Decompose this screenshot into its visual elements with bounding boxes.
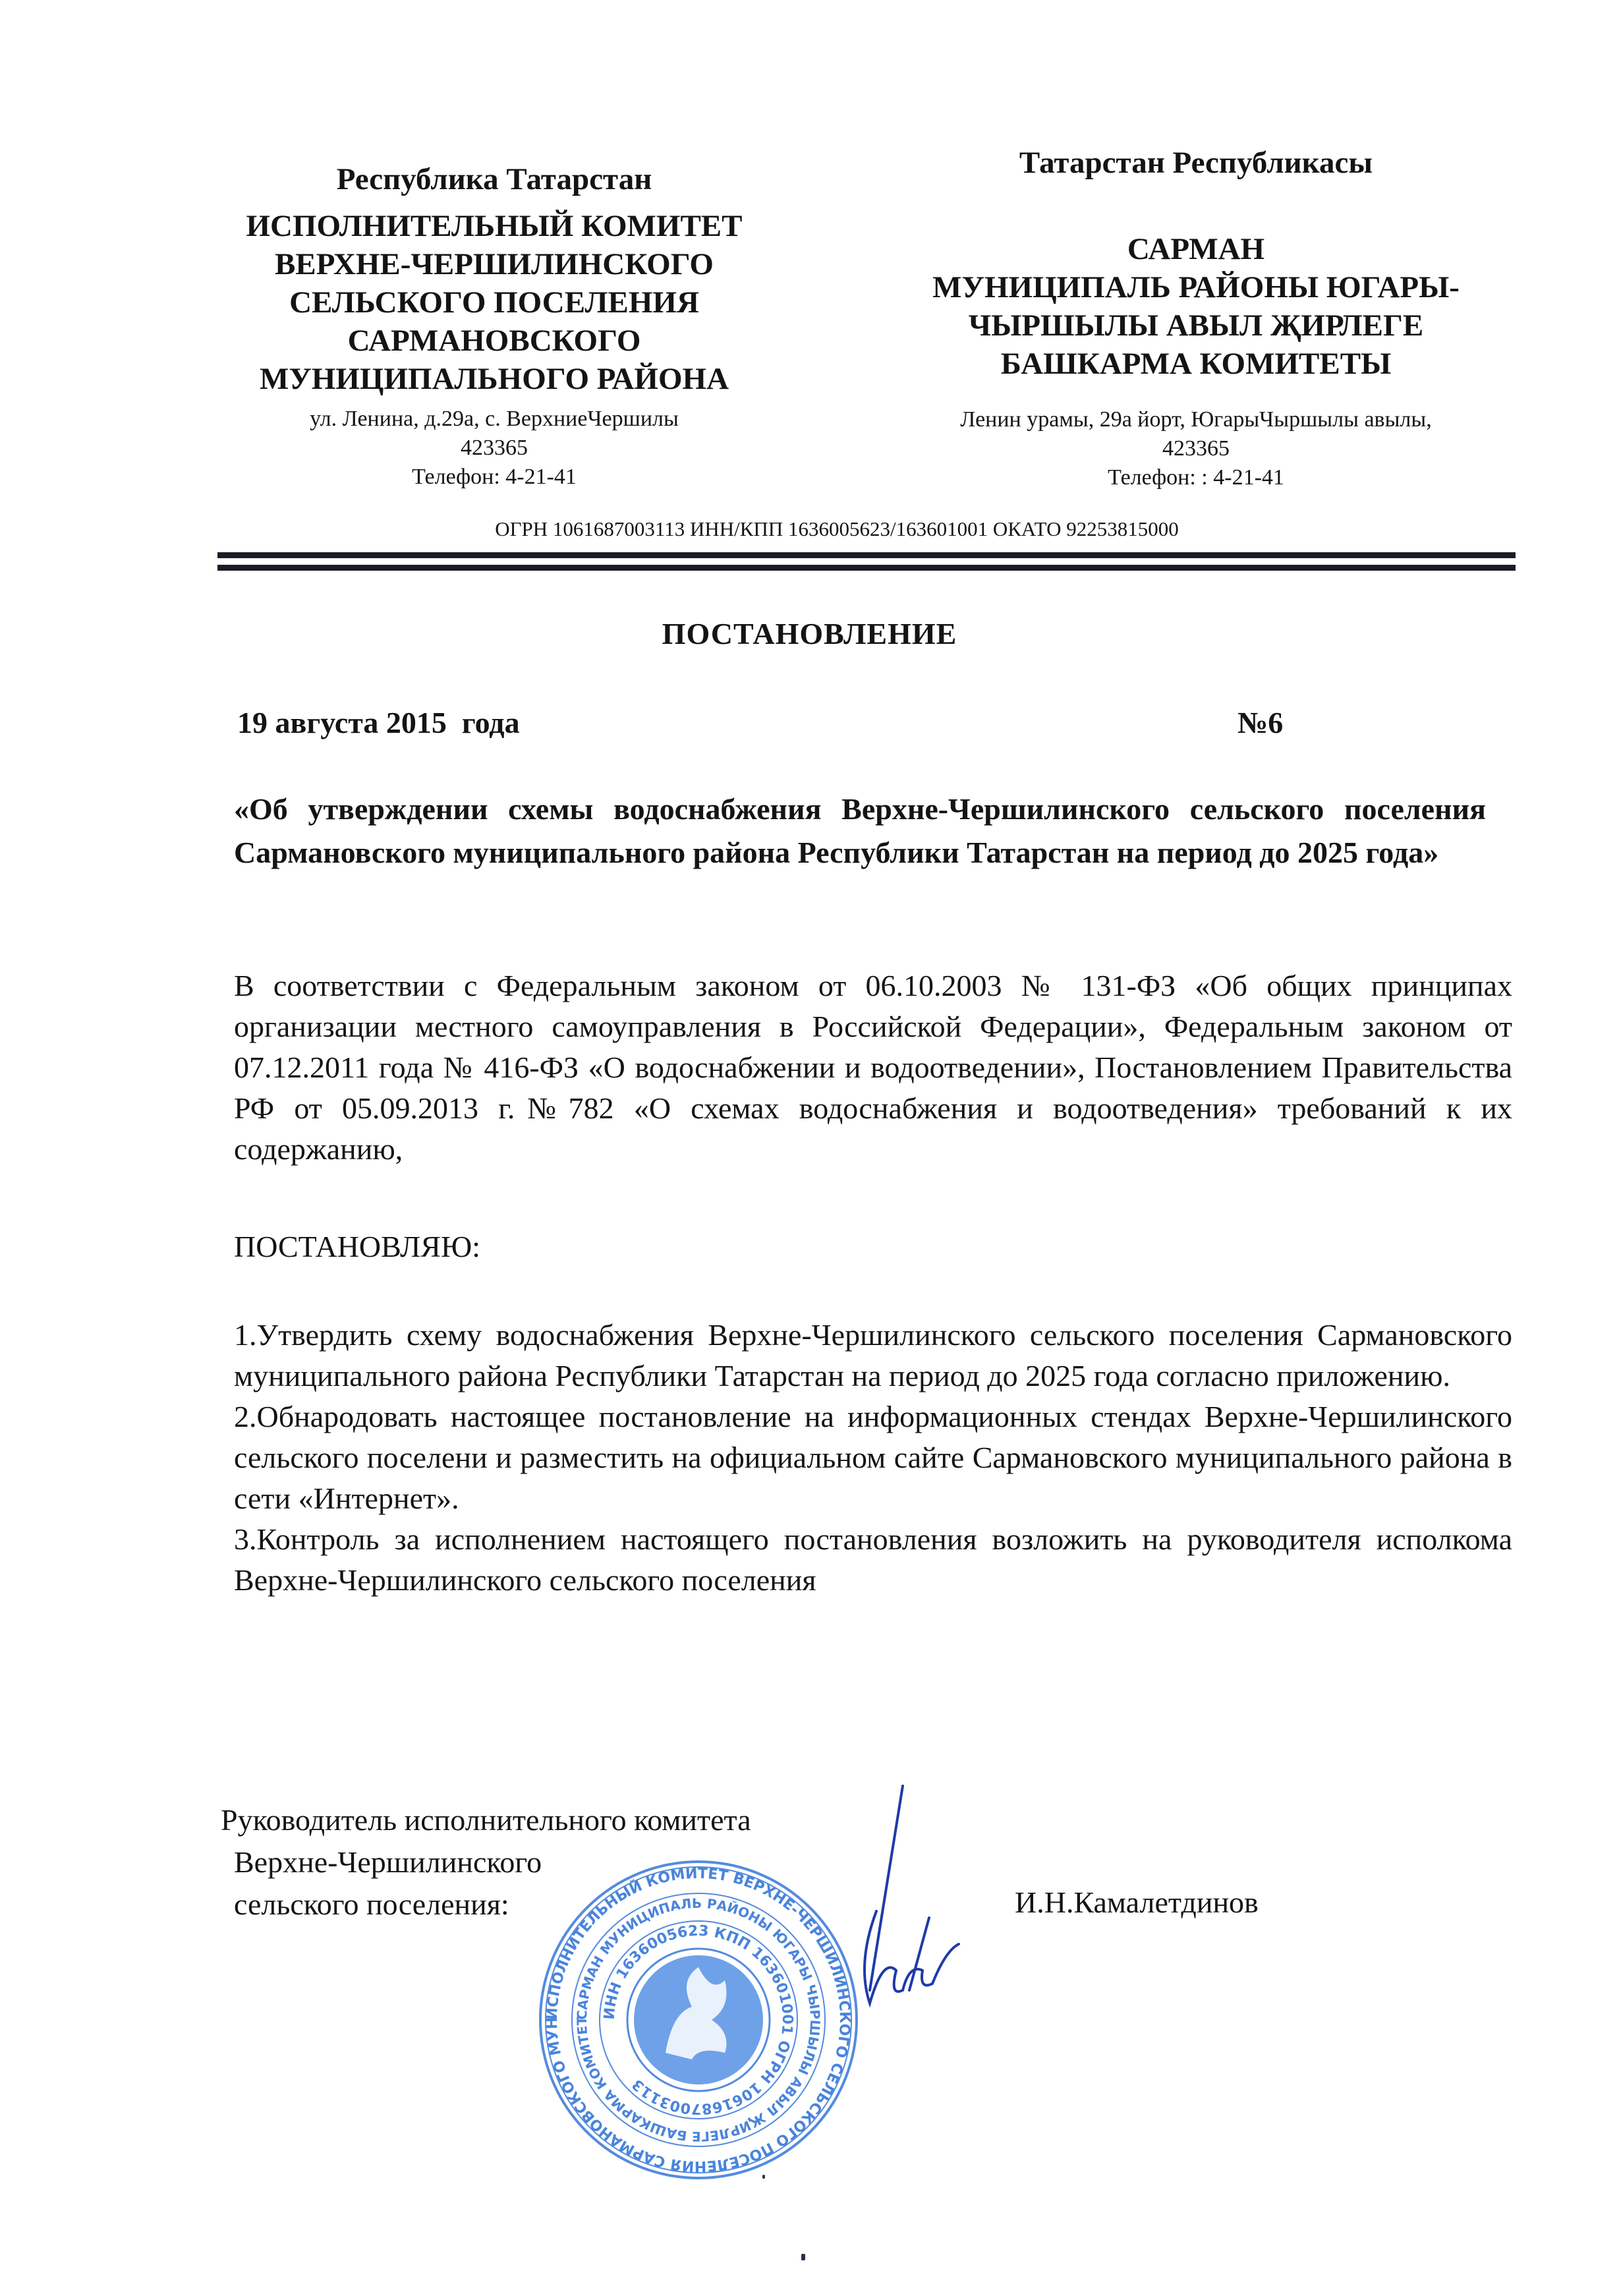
org-line: СЕЛЬСКОГО ПОСЕЛЕНИЯ [165,283,824,322]
org-line: ВЕРХНЕ-ЧЕРШИЛИНСКОГО [165,245,824,283]
phone: Телефон: : 4-21-41 [863,463,1529,492]
preamble-text: В соответствии с Федеральным законом от … [234,965,1512,1170]
document-subject: «Об утверждении схемы водоснабжения Верх… [234,788,1486,875]
address-tt: Ленин урамы, 29а йорт, ЮгарыЧыршылы авыл… [863,405,1529,492]
org-line: ЧЫРШЫЛЫ АВЫЛ ҖИРЛЕГЕ [863,306,1529,345]
org-name-ru: ИСПОЛНИТЕЛЬНЫЙ КОМИТЕТ ВЕРХНЕ-ЧЕРШИЛИНСК… [165,207,824,398]
org-line: БАШКАРМА КОМИТЕТЫ [863,345,1529,383]
subject-text: «Об утверждении схемы водоснабжения Верх… [234,788,1486,875]
street-address: Ленин урамы, 29а йорт, ЮгарыЧыршылы авыл… [863,405,1529,434]
org-line: САРМАН [863,230,1529,268]
signatory-title-line: сельского поселения: [221,1883,751,1926]
scan-speck [801,2254,805,2260]
org-name-tt: САРМАН МУНИЦИПАЛЬ РАЙОНЫ ЮГАРЫ- ЧЫРШЫЛЫ … [863,230,1529,383]
org-line: ИСПОЛНИТЕЛЬНЫЙ КОМИТЕТ [165,207,824,245]
registration-numbers: ОГРН 1061687003113 ИНН/КПП 1636005623/16… [343,517,1331,541]
postal-code: 423365 [863,434,1529,463]
resolution-item: 1.Утвердить схему водоснабжения Верхне-Ч… [234,1315,1512,1396]
signatory-title-line: Руководитель исполнительного комитета [221,1799,751,1841]
header-divider [217,552,1516,558]
document-date: 19 августа 2015 года [237,705,520,740]
org-line: МУНИЦИПАЛЬНОГО РАЙОНА [165,360,824,398]
header-left: Республика Татарстан ИСПОЛНИТЕЛЬНЫЙ КОМИ… [165,158,824,492]
street-address: ул. Ленина, д.29а, с. ВерхниеЧершилы [165,405,824,434]
postal-code: 423365 [165,434,824,463]
resolution-item: 2.Обнародовать настоящее постановление н… [234,1396,1512,1519]
signature-icon [778,1779,1015,2056]
republic-name-ru: Республика Татарстан [165,158,824,200]
document-number: №6 [1237,705,1283,740]
address-ru: ул. Ленина, д.29а, с. ВерхниеЧершилы 423… [165,405,824,492]
org-line: МУНИЦИПАЛЬ РАЙОНЫ ЮГАРЫ- [863,268,1529,306]
org-line: САРМАНОВСКОГО [165,322,824,360]
preamble: В соответствии с Федеральным законом от … [234,965,1512,1170]
resolution-items: 1.Утвердить схему водоснабжения Верхне-Ч… [234,1315,1512,1601]
header-divider [217,565,1516,571]
phone: Телефон: 4-21-41 [165,463,824,492]
resolve-heading: ПОСТАНОВЛЯЮ: [234,1229,480,1264]
handwritten-signature [778,1779,1015,2056]
scan-speck [762,2175,765,2179]
signatory-title-line: Верхне-Чершилинского [221,1841,751,1883]
signatory-title: Руководитель исполнительного комитета Ве… [221,1799,751,1926]
republic-name-tt: Татарстан Республикасы [863,142,1529,184]
header-right: Татарстан Республикасы САРМАН МУНИЦИПАЛЬ… [863,142,1529,492]
signatory-name: И.Н.Камалетдинов [1015,1885,1259,1920]
document-title: ПОСТАНОВЛЕНИЕ [0,616,1619,651]
resolution-item: 3.Контроль за исполнением настоящего пос… [234,1519,1512,1601]
